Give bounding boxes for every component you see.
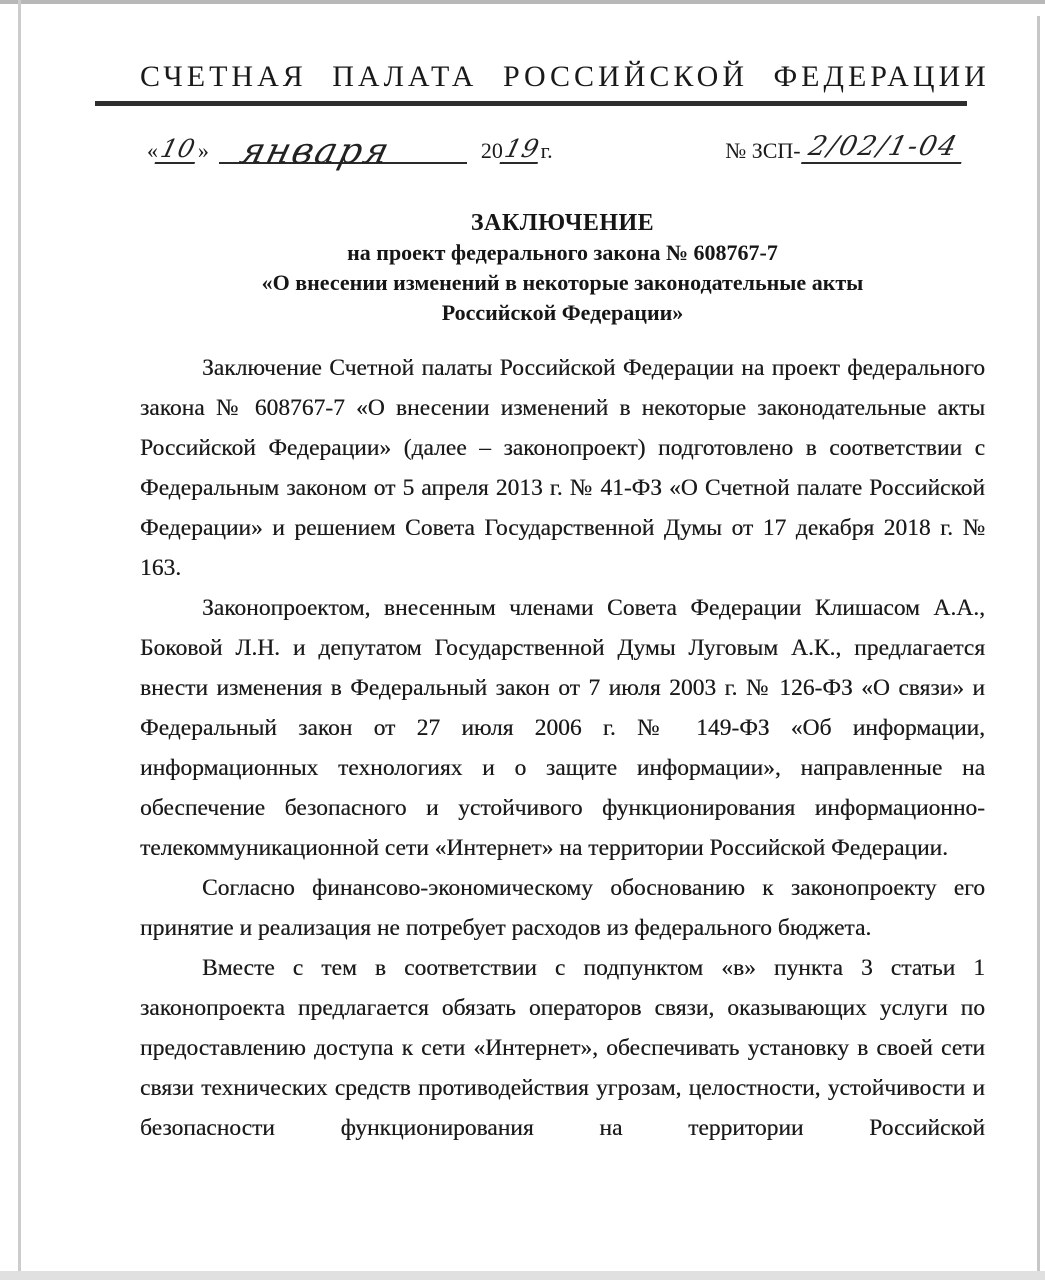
date-reference-row: «10» января 2019г. № ЗСП-2/02/1-04 (95, 118, 967, 164)
scan-edge-bottom (0, 1271, 1045, 1280)
scan-edge-right (1037, 16, 1040, 1280)
reference-number-field: № ЗСП-2/02/1-04 (725, 132, 965, 164)
letterhead-title: СЧЕТНАЯ ПАЛАТА РОССИЙСКОЙ ФЕДЕРАЦИИ (140, 60, 985, 94)
body-paragraph-2: Законопроектом, внесенным членами Совета… (140, 588, 985, 868)
title-subline-1: на проект федерального закона № 608767-7 (140, 238, 985, 268)
month-underline: января (219, 132, 467, 164)
handwritten-reference-number: 2/02/1-04 (801, 132, 969, 164)
document-title-block: ЗАКЛЮЧЕНИЕ на проект федерального закона… (140, 208, 985, 328)
handwritten-month: января (236, 131, 395, 172)
scan-edge-left (18, 0, 21, 1280)
body-paragraph-1: Заключение Счетной палаты Российской Фед… (140, 348, 985, 588)
date-field: «10» января 2019г. (147, 132, 553, 164)
letterhead-double-rule (95, 101, 967, 106)
title-subline-2: «О внесении изменений в некоторые законо… (140, 268, 985, 298)
body-paragraph-4: Вместе с тем в соответствии с подпунктом… (140, 948, 985, 1148)
title-heading: ЗАКЛЮЧЕНИЕ (140, 208, 985, 238)
scan-edge-top (0, 0, 1045, 4)
reference-label: № ЗСП- (725, 138, 800, 164)
document-body: Заключение Счетной палаты Российской Фед… (140, 348, 985, 1148)
handwritten-day: 10 (155, 136, 202, 164)
title-subline-3: Российской Федерации» (140, 298, 985, 328)
handwritten-year: 19 (499, 136, 544, 164)
body-paragraph-3: Согласно финансово-экономическому обосно… (140, 868, 985, 948)
scanned-document-page: СЧЕТНАЯ ПАЛАТА РОССИЙСКОЙ ФЕДЕРАЦИИ «10»… (0, 0, 1045, 1280)
